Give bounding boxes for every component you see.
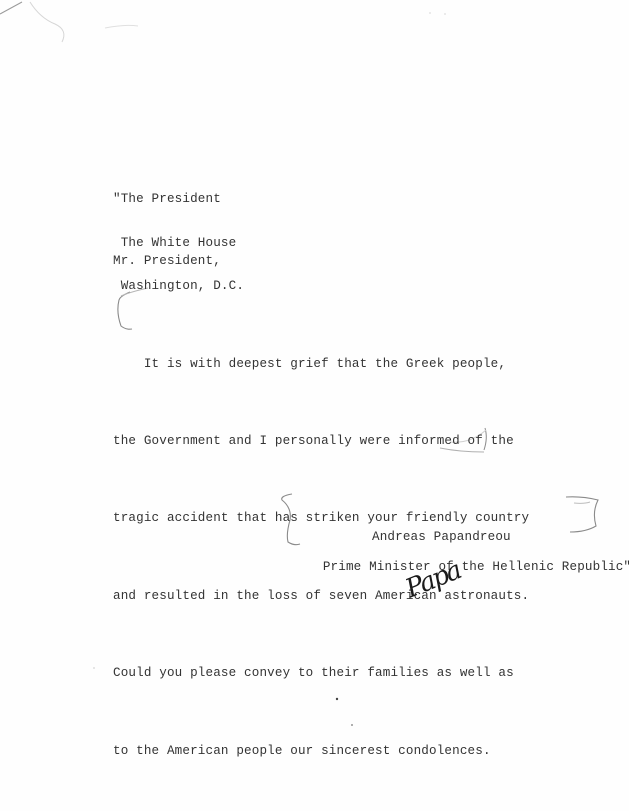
recipient-address: "The President The White House Washingto…	[113, 163, 244, 323]
letter-page: "The President The White House Washingto…	[0, 0, 629, 811]
salutation: Mr. President,	[113, 254, 221, 268]
address-line: The White House	[113, 236, 244, 251]
signatory-title: Prime Minister of the Hellenic Republic"	[323, 560, 629, 574]
body-line: Could you please convey to their familie…	[113, 661, 529, 687]
address-line: "The President	[113, 192, 244, 207]
body-line: to the American people our sincerest con…	[113, 739, 529, 765]
address-line: Washington, D.C.	[113, 279, 244, 294]
body-line: It is with deepest grief that the Greek …	[113, 352, 529, 378]
body-line: the Government and I personally were inf…	[113, 429, 529, 455]
signatory-name: Andreas Papandreou	[292, 530, 629, 545]
